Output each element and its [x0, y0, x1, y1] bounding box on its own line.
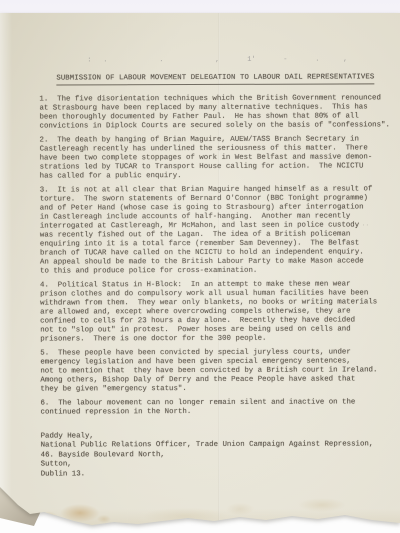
- document-page: : . . , 1' - . , .. SUBMISSION OF LABOUR…: [0, 13, 400, 525]
- pencil-mark: ,: [215, 56, 219, 64]
- paragraph-6: 6. The labour movement can no longer rem…: [40, 398, 400, 417]
- pencil-mark: :: [87, 56, 91, 64]
- page-shadow: : . . , 1' - . , .. SUBMISSION OF LABOUR…: [0, 0, 400, 533]
- signature-block: Paddy Healy, National Public Relations O…: [41, 431, 400, 480]
- photo-of-document: : . . , 1' - . , .. SUBMISSION OF LABOUR…: [0, 0, 400, 533]
- paragraph-5: 5. These people have been convicted by s…: [40, 348, 400, 394]
- document-body: 1. The five disorientation techniques wh…: [39, 94, 400, 480]
- paragraph-3: 3. It is not at all clear that Brian Mag…: [40, 185, 400, 276]
- pencil-speck: ..: [362, 220, 369, 227]
- pencil-mark: -: [283, 56, 287, 64]
- paragraph-2: 2. The death by hanging of Brian Maguire…: [40, 135, 400, 181]
- page-title: SUBMISSION OF LABOUR MOVEMENT DELEGATION…: [56, 73, 374, 85]
- title-row: SUBMISSION OF LABOUR MOVEMENT DELEGATION…: [56, 65, 399, 85]
- pencil-mark: .: [159, 56, 163, 64]
- pencil-mark: 1': [247, 56, 255, 64]
- pencil-mark: .: [315, 56, 319, 64]
- pencil-mark: .: [103, 56, 107, 64]
- pencil-marks-row: : . . , 1' - . ,: [0, 55, 399, 66]
- pencil-mark: ,: [343, 55, 347, 63]
- paragraph-1: 1. The five disorientation techniques wh…: [39, 94, 399, 131]
- typed-content: : . . , 1' - . , .. SUBMISSION OF LABOUR…: [0, 12, 400, 525]
- paragraph-4: 4. Political Status in H-Block: In an at…: [40, 280, 400, 344]
